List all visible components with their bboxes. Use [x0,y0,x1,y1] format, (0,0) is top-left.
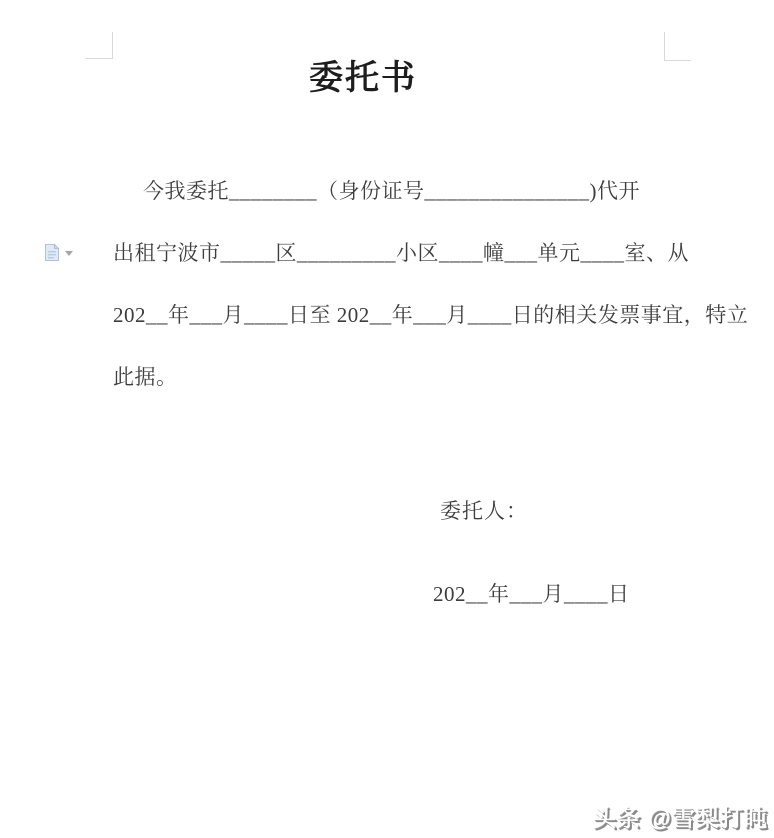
body-line-4: 此据。 [113,346,713,408]
paste-options-button[interactable] [44,243,73,262]
body-line-3: 202__年___月____日至 202__年___月____日的相关发票事宜，… [113,284,713,346]
signature-date-line: 202__年___月____日 [433,578,630,608]
body-line-1: 今我委托________（身份证号_______________)代开 [113,160,713,222]
document-icon [44,243,60,262]
chevron-down-icon [65,251,73,256]
watermark-text: 头条 @雪梨打盹 [593,800,768,833]
body-paragraph: 今我委托________（身份证号_______________)代开 出租宁波… [113,160,713,408]
margin-mark-top-left [85,32,113,59]
page-title: 委托书 [113,50,613,99]
body-line-2: 出租宁波市_____区_________小区____幢___单元____室、从 [113,222,713,284]
principal-label: 委托人： [440,495,528,525]
margin-mark-top-right [664,32,691,61]
